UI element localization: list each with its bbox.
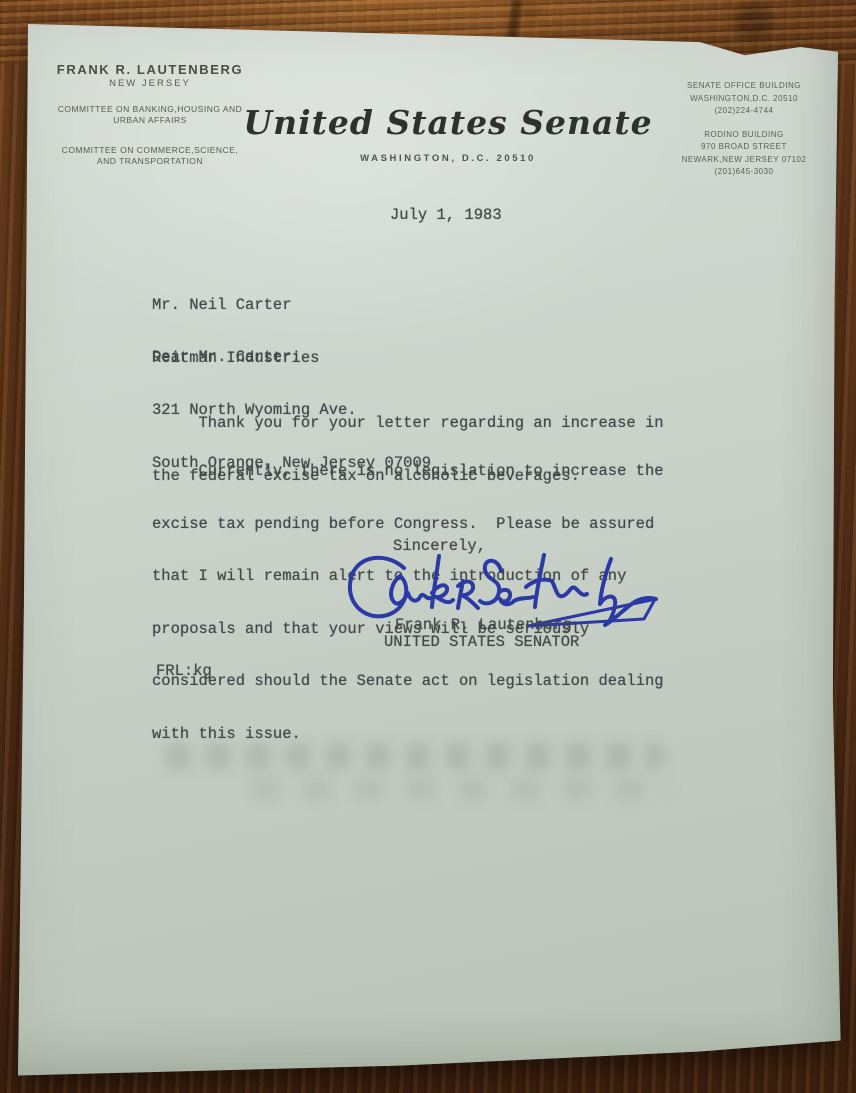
bleed-through-ghost: [165, 742, 665, 770]
office-line: SENATE OFFICE BUILDING: [648, 80, 840, 93]
committee-line: COMMITTEE ON BANKING,HOUSING AND: [46, 104, 254, 115]
office-line: WASHINGTON,D.C. 20510: [648, 93, 840, 106]
body-line: the federal excise tax on alcoholic beve…: [152, 468, 664, 486]
body-paragraph-2: Currently, there is no legislation to in…: [152, 428, 664, 778]
senate-title: United States Senate: [228, 103, 668, 142]
salutation: Dear Mr. Carter:: [152, 348, 301, 366]
recipient-line: South Orange, New Jersey 07009: [152, 455, 431, 473]
sender-state: NEW JERSEY: [46, 78, 254, 89]
letter-date: July 1, 1983: [390, 206, 502, 224]
body-line: Thank you for your letter regarding an i…: [152, 415, 664, 433]
signer-name: Frank R. Lautenberg: [395, 616, 572, 634]
senate-title-location: WASHINGTON, D.C. 20510: [228, 153, 668, 164]
office-line: RODINO BUILDING: [648, 129, 840, 142]
typist-reference: FRL:kg: [156, 662, 212, 680]
office-line: 970 BROAD STREET: [648, 141, 840, 154]
letterhead-office-block: SENATE OFFICE BUILDING WASHINGTON,D.C. 2…: [648, 80, 840, 179]
body-line: proposals and that your views will be se…: [152, 621, 664, 639]
body-line: excise tax pending before Congress. Plea…: [152, 516, 664, 534]
body-line: that I will remain alert to the introduc…: [152, 568, 664, 586]
office-line: NEWARK,NEW JERSEY 07102: [648, 154, 840, 167]
recipient-line: Reitman Industries: [152, 350, 431, 368]
closing: Sincerely,: [393, 537, 486, 555]
recipient-line: 321 North Wyoming Ave.: [152, 402, 431, 420]
signer-title: UNITED STATES SENATOR: [384, 633, 579, 651]
bleed-through-ghost: [250, 778, 670, 800]
recipient-address: Mr. Neil Carter Reitman Industries 321 N…: [152, 262, 431, 507]
photo-of-letter: FRANK R. LAUTENBERG NEW JERSEY COMMITTEE…: [0, 0, 856, 1093]
body-line: Currently, there is no legislation to in…: [152, 463, 664, 481]
committee-line: COMMITTEE ON COMMERCE,SCIENCE,: [46, 145, 254, 156]
office-line: (202)224-4744: [648, 105, 840, 118]
recipient-line: Mr. Neil Carter: [152, 297, 431, 315]
letter-paper: FRANK R. LAUTENBERG NEW JERSEY COMMITTEE…: [0, 0, 856, 1093]
letter-paper-wrapper: FRANK R. LAUTENBERG NEW JERSEY COMMITTEE…: [0, 0, 856, 1093]
office-line: (201)645-3030: [648, 166, 840, 179]
signature-strokes: [350, 555, 656, 626]
sender-name: FRANK R. LAUTENBERG: [46, 62, 254, 77]
body-line: with this issue.: [152, 726, 664, 744]
committee-line: AND TRANSPORTATION: [46, 156, 254, 167]
signature-scrawl: [342, 548, 672, 648]
body-line: considered should the Senate act on legi…: [152, 673, 664, 691]
body-paragraph-1: Thank you for your letter regarding an i…: [152, 380, 664, 520]
letterhead-sender-block: FRANK R. LAUTENBERG NEW JERSEY COMMITTEE…: [46, 62, 254, 167]
committee-line: URBAN AFFAIRS: [46, 115, 254, 126]
